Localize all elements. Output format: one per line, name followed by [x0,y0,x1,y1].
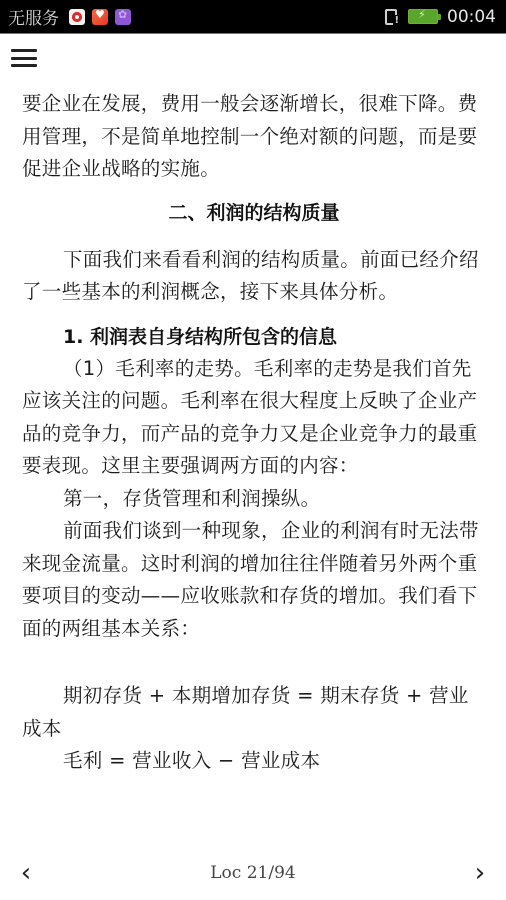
paragraph: 前面我们谈到一种现象，企业的利润有时无法带来现金流量。这时利润的增加往往伴随着另… [22,515,486,645]
clock: 00:04 [447,7,496,27]
hamburger-menu-icon[interactable] [11,47,37,69]
orange-heart-app-icon [92,9,108,25]
red-circle-app-icon [69,9,85,25]
status-bar-left: 无服务 [8,4,131,29]
menu-bar-line [11,49,37,52]
carrier-label: 无服务 [8,4,59,29]
paragraph: （1）毛利率的走势。毛利率的走势是我们首先应该关注的问题。毛利率在很大程度上反映… [22,353,486,483]
status-bar: 无服务 00:04 [0,0,506,34]
menu-bar-line [11,64,37,67]
paragraph: 要企业在发展，费用一般会逐渐增长，很难下降。费用管理，不是简单地控制一个绝对额的… [22,88,486,186]
purple-flower-app-icon [115,9,131,25]
formula: 期初存货 + 本期增加存货 = 期末存货 + 营业成本 [22,680,486,745]
battery-charging-icon [408,9,438,24]
formula: 毛利 = 营业收入 − 营业成本 [22,745,486,778]
chevron-left-icon[interactable]: ‹ [14,855,38,891]
section-heading: 二、利润的结构质量 [22,197,486,229]
subsection-heading: 1. 利润表自身结构所包含的信息 [22,321,486,353]
reader-content: 要企业在发展，费用一般会逐渐增长，很难下降。费用管理，不是简单地控制一个绝对额的… [22,88,486,778]
reader-footer: ‹ Loc 21/94 › [0,855,506,891]
paragraph: 下面我们来看看利润的结构质量。前面已经介绍了一些基本的利润概念，接下来具体分析。 [22,244,486,309]
reader-toolbar [0,35,506,83]
paragraph: 第一，存货管理和利润操纵。 [22,483,486,516]
chevron-right-icon[interactable]: › [468,855,492,891]
menu-bar-line [11,57,37,60]
sim-card-alert-icon [385,9,397,25]
spacer [22,645,486,678]
location-indicator: Loc 21/94 [210,863,295,883]
status-bar-right: 00:04 [385,7,496,27]
